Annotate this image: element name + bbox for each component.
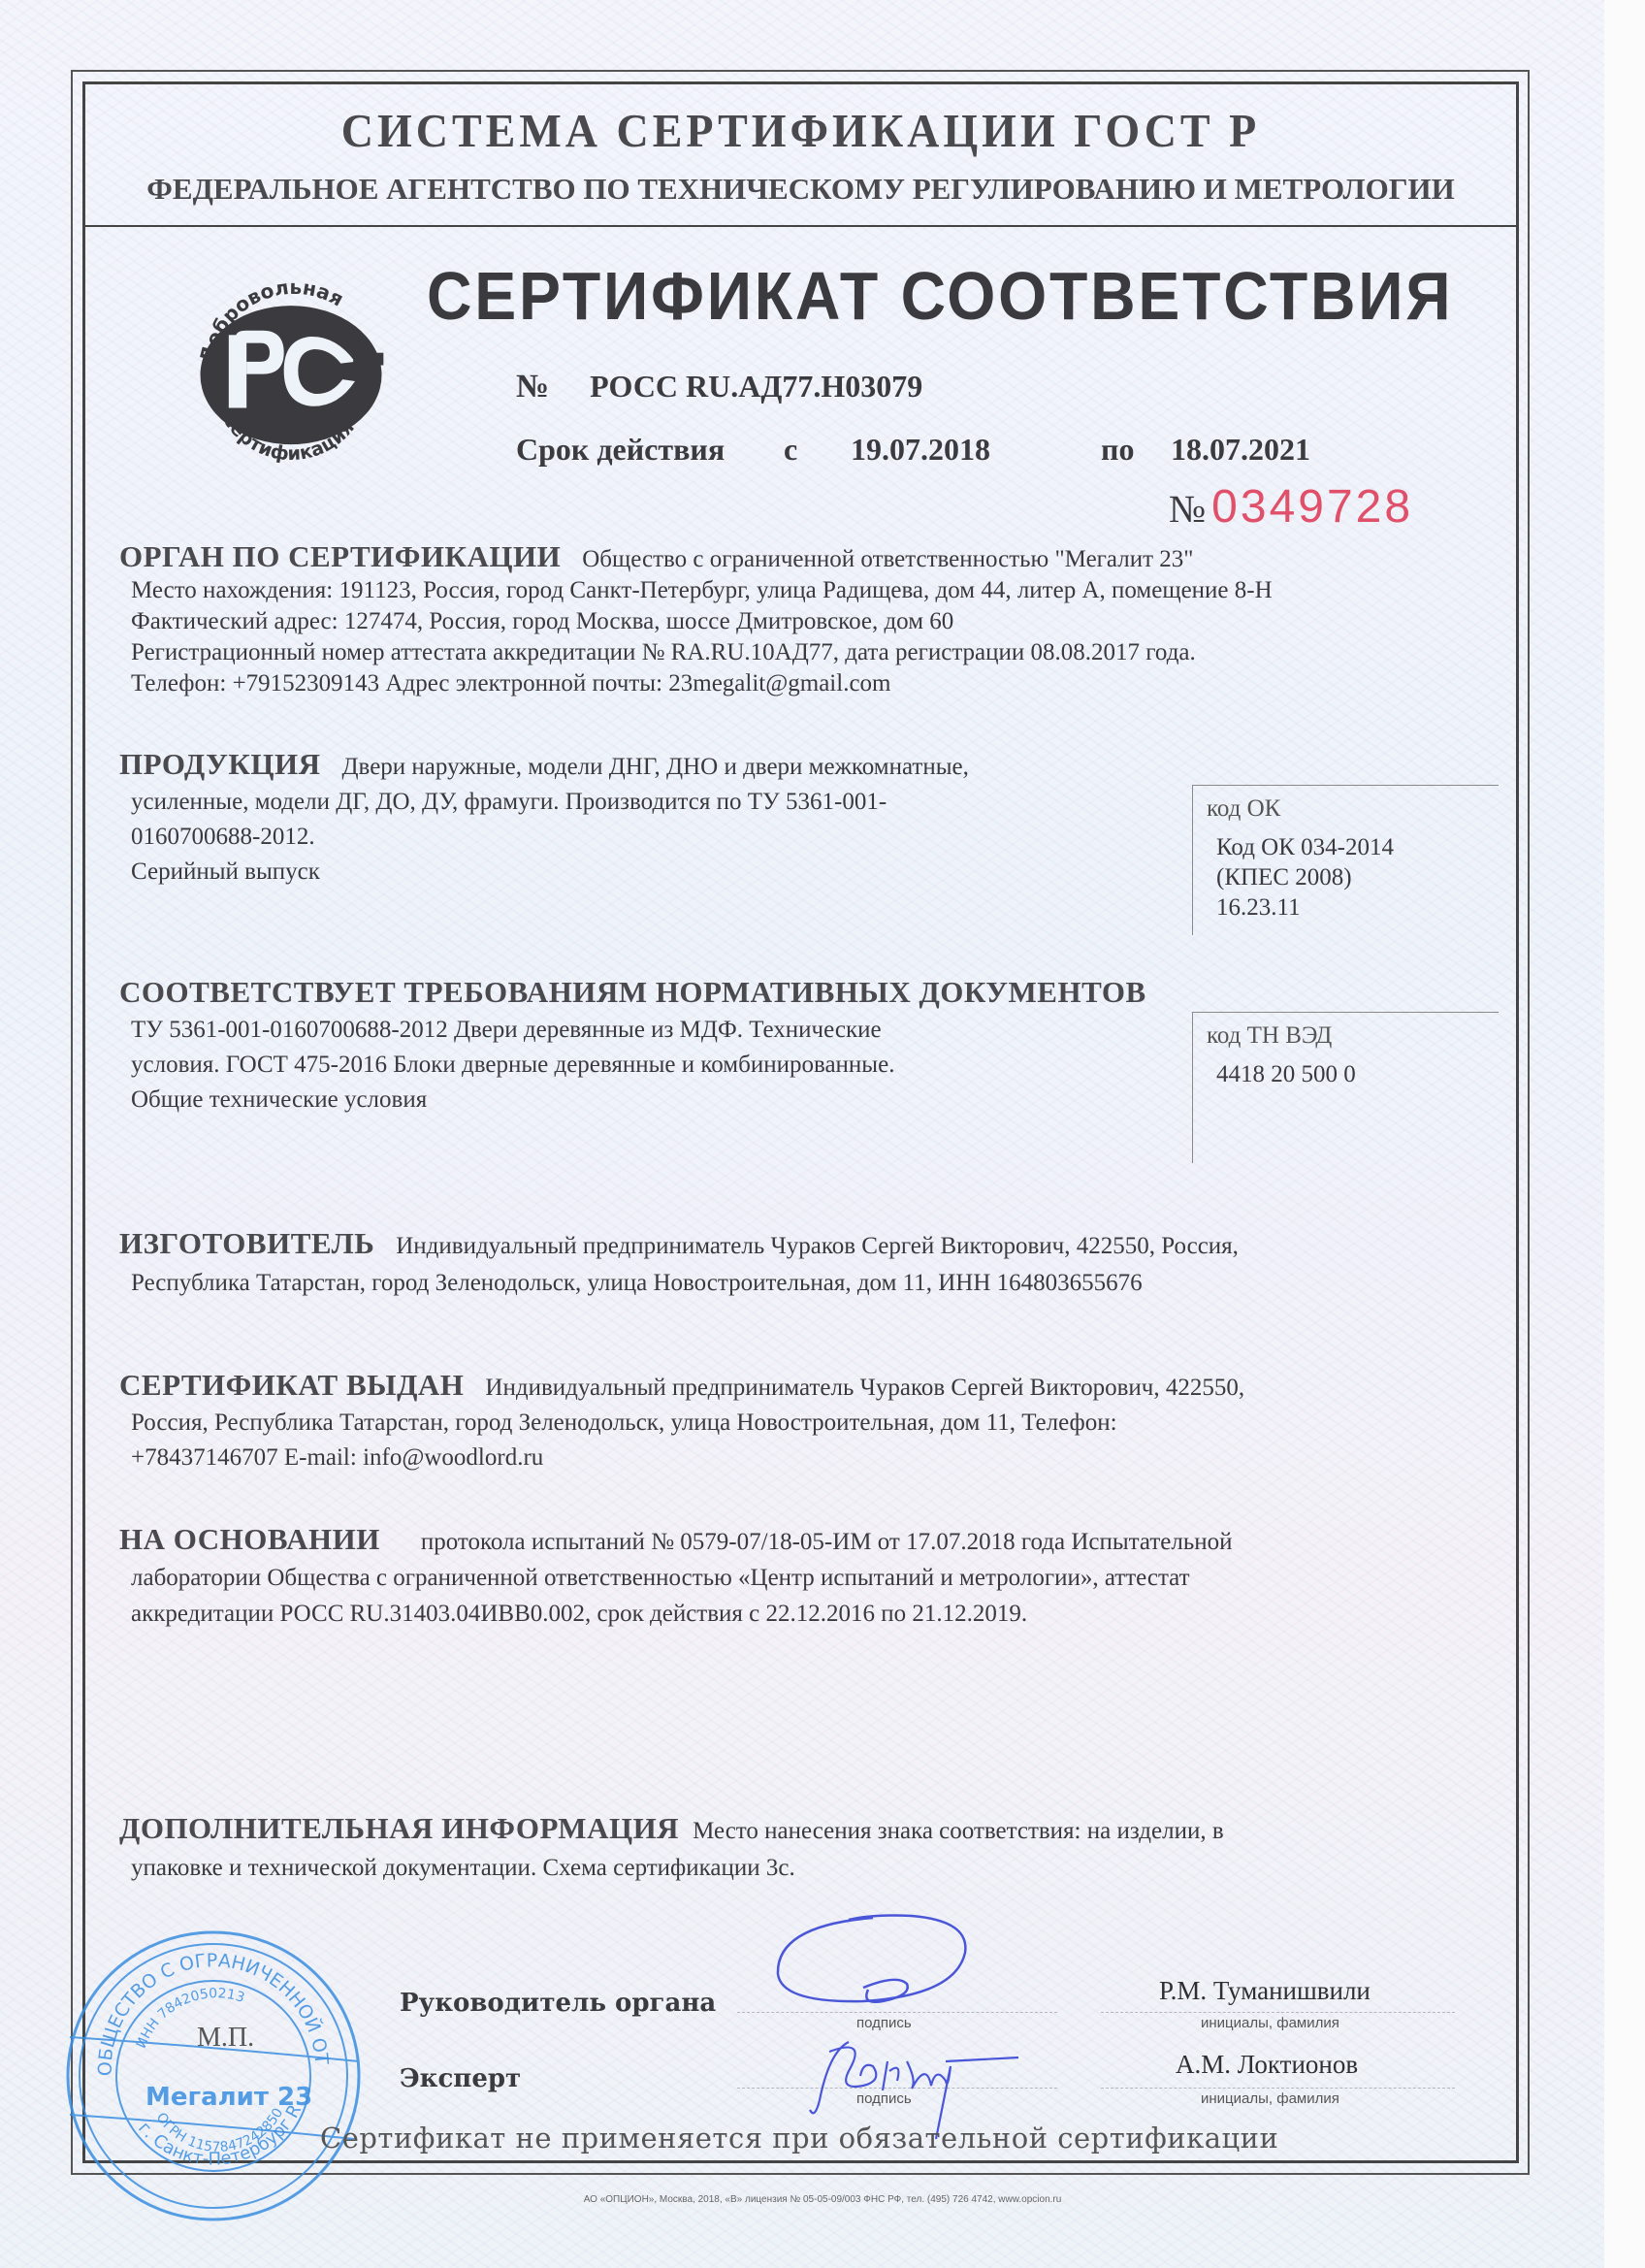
requirements-line: Общие технические условия	[119, 1083, 1168, 1118]
basis-line: лаборатории Общества с ограниченной отве…	[119, 1560, 1232, 1596]
issued-to-heading: СЕРТИФИКАТ ВЫДАН	[119, 1368, 464, 1402]
products-section: ПРОДУКЦИЯДвери наружные, модели ДНГ, ДНО…	[119, 747, 969, 890]
issued-to-text: Индивидуальный предприниматель Чураков С…	[485, 1375, 1244, 1401]
head-name-line	[1101, 2012, 1455, 2013]
expert-name: А.М. Локтионов	[1176, 2050, 1358, 2080]
code-ok-value: Код ОК 034-2014 (КПЕС 2008) 16.23.11	[1207, 832, 1499, 923]
certification-body-section: ОРГАН ПО СЕРТИФИКАЦИИОбщество с ограниче…	[119, 541, 1273, 699]
code-tn-ved-value: 4418 20 500 0	[1207, 1059, 1499, 1089]
disclaimer: Сертификат не применяется при обязательн…	[320, 2122, 1278, 2155]
additional-info-text: Место нанесения знака соответствия: на и…	[693, 1818, 1224, 1844]
manufacturer-heading: ИЗГОТОВИТЕЛЬ	[119, 1226, 374, 1260]
expert-name-caption: инициалы, фамилия	[1201, 2090, 1339, 2107]
serial-number: 0349728	[1211, 481, 1413, 533]
blank-serial: №0349728	[1169, 480, 1413, 534]
basis-heading: НА ОСНОВАНИИ	[119, 1522, 380, 1556]
serial-sign: №	[1169, 487, 1206, 531]
system-title: СИСТЕМА СЕРТИФИКАЦИИ ГОСТ Р	[82, 104, 1519, 158]
seal-placeholder-label: М.П.	[197, 2023, 254, 2054]
manufacturer-line: Республика Татарстан, город Зеленодольск…	[119, 1265, 1239, 1302]
head-signature-caption: подпись	[856, 2015, 912, 2031]
number-sign: №	[516, 369, 549, 405]
products-line: 0160700688-2012.	[119, 820, 969, 855]
validity-to-label: по	[1101, 432, 1134, 468]
certification-body-line: Фактический адрес: 127474, Россия, город…	[119, 606, 1273, 637]
expert-label: Эксперт	[400, 2064, 521, 2093]
rst-logo-icon: Добровольная сертификация	[184, 264, 398, 477]
validity-from-label: с	[784, 432, 797, 468]
expert-name-line	[1101, 2088, 1455, 2089]
basis-section: НА ОСНОВАНИИпротокола испытаний № 0579-0…	[119, 1521, 1232, 1632]
additional-info-line: упаковке и технической документации. Схе…	[119, 1850, 1224, 1887]
products-line: Серийный выпуск	[119, 855, 969, 890]
agency-name: ФЕДЕРАЛЬНОЕ АГЕНТСТВО ПО ТЕХНИЧЕСКОМУ РЕ…	[82, 172, 1519, 207]
products-text: Двери наружные, модели ДНГ, ДНО и двери …	[341, 754, 968, 780]
organization-stamp-icon: ОБЩЕСТВО С ОГРАНИЧЕННОЙ ОТВЕТСТВЕННОСТЬЮ…	[58, 1916, 369, 2226]
additional-info-heading: ДОПОЛНИТЕЛЬНАЯ ИНФОРМАЦИЯ	[119, 1811, 679, 1845]
requirements-line: условия. ГОСТ 475-2016 Блоки дверные дер…	[119, 1048, 1168, 1083]
additional-info-section: ДОПОЛНИТЕЛЬНАЯ ИНФОРМАЦИЯМесто нанесения…	[119, 1810, 1224, 1887]
issued-to-section: СЕРТИФИКАТ ВЫДАНИндивидуальный предприни…	[119, 1368, 1244, 1475]
basis-line: аккредитации РОСС RU.31403.04ИВВ0.002, с…	[119, 1596, 1232, 1632]
validity-label: Срок действия	[516, 432, 725, 468]
scan-edge	[1604, 0, 1645, 2268]
manufacturer-section: ИЗГОТОВИТЕЛЬИндивидуальный предпринимате…	[119, 1225, 1239, 1302]
header-divider	[82, 225, 1519, 227]
requirements-line: ТУ 5361-001-0160700688-2012 Двери деревя…	[119, 1013, 1168, 1048]
valid-to: 18.07.2021	[1171, 432, 1310, 468]
products-heading: ПРОДУКЦИЯ	[119, 747, 320, 781]
basis-text: протокола испытаний № 0579-07/18-05-ИМ о…	[421, 1529, 1233, 1555]
head-signature-icon	[757, 1906, 989, 2013]
printer-imprint: АО «ОПЦИОН», Москва, 2018, «В» лицензия …	[0, 2194, 1645, 2205]
requirements-heading: СООТВЕТСТВУЕТ ТРЕБОВАНИЯМ НОРМАТИВНЫХ ДО…	[119, 975, 1146, 1009]
code-ok-box: код ОК Код ОК 034-2014 (КПЕС 2008) 16.23…	[1192, 785, 1499, 935]
requirements-section: СООТВЕТСТВУЕТ ТРЕБОВАНИЯМ НОРМАТИВНЫХ ДО…	[119, 975, 1168, 1118]
manufacturer-text: Индивидуальный предприниматель Чураков С…	[396, 1233, 1239, 1259]
head-name: Р.М. Туманишвили	[1159, 1976, 1371, 2006]
certification-body-line: Регистрационный номер аттестата аккредит…	[119, 637, 1273, 668]
issued-to-line: Россия, Республика Татарстан, город Зеле…	[119, 1406, 1244, 1441]
certificate-number: РОСС RU.АД77.Н03079	[590, 369, 922, 404]
certification-body-heading: ОРГАН ПО СЕРТИФИКАЦИИ	[119, 539, 561, 573]
certification-body-name: Общество с ограниченной ответственностью…	[582, 546, 1193, 572]
code-ok-label: код ОК	[1207, 795, 1499, 823]
certificate-number-row: № РОСС RU.АД77.Н03079	[516, 369, 922, 405]
certification-body-line: Место нахождения: 191123, Россия, город …	[119, 575, 1273, 606]
certification-body-line: Телефон: +79152309143 Адрес электронной …	[119, 668, 1273, 699]
valid-from: 19.07.2018	[851, 432, 990, 468]
code-tn-ved-label: код ТН ВЭД	[1207, 1022, 1499, 1050]
document-title: СЕРТИФИКАТ СООТВЕТСТВИЯ	[427, 257, 1453, 335]
head-name-caption: инициалы, фамилия	[1201, 2015, 1339, 2031]
code-tn-ved-box: код ТН ВЭД 4418 20 500 0	[1192, 1012, 1499, 1163]
products-line: усиленные, модели ДГ, ДО, ДУ, фрамуги. П…	[119, 785, 969, 820]
head-of-body-label: Руководитель органа	[400, 1989, 716, 2018]
issued-to-line: +78437146707 E-mail: info@woodlord.ru	[119, 1441, 1244, 1475]
